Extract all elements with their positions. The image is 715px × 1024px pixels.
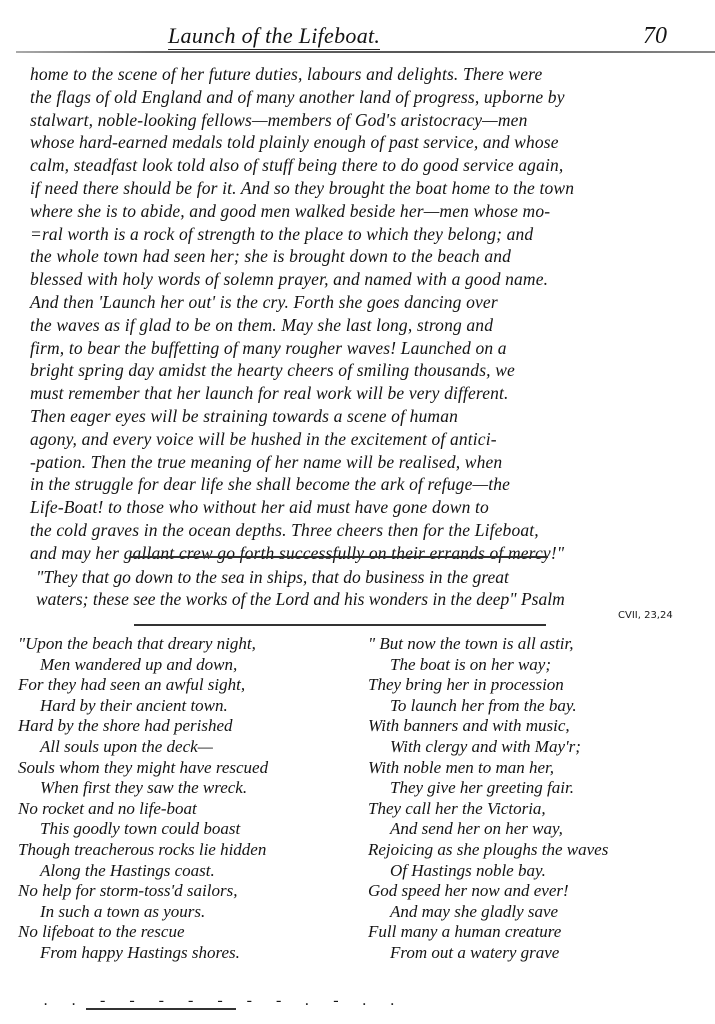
verse-line: With noble men to man her, <box>368 758 708 779</box>
verse-line: They bring her in procession <box>368 675 708 696</box>
prose-line: the whole town had seen her; she is brou… <box>30 245 710 268</box>
psalm-quote: "They that go down to the sea in ships, … <box>36 566 706 610</box>
prose-line: calm, steadfast look told also of stuff … <box>30 154 710 177</box>
prose-line: the cold graves in the ocean depths. Thr… <box>30 519 710 542</box>
prose-line: blessed with holy words of solemn prayer… <box>30 268 710 291</box>
page-header: Launch of the Lifeboat. 70 <box>0 0 715 60</box>
verse-line: No lifeboat to the rescue <box>18 922 358 943</box>
verse-line: When first they saw the wreck. <box>18 778 358 799</box>
verse-line: This goodly town could boast <box>18 819 358 840</box>
verse-line: With clergy and with May'r; <box>368 737 708 758</box>
verse-line: God speed her now and ever! <box>368 881 708 902</box>
verse-line: And send her on her way, <box>368 819 708 840</box>
verse-line: From happy Hastings shores. <box>18 943 358 964</box>
prose-line: where she is to abide, and good men walk… <box>30 200 710 223</box>
page-number: 70 <box>643 24 667 48</box>
verse-line: " But now the town is all astir, <box>368 634 708 655</box>
quote-line: waters; these see the works of the Lord … <box>36 588 706 610</box>
poem-right-column: " But now the town is all astir,The boat… <box>368 634 708 964</box>
verse-line: The boat is on her way; <box>368 655 708 676</box>
prose-line: -pation. Then the true meaning of her na… <box>30 451 710 474</box>
prose-line: the waves as if glad to be on them. May … <box>30 314 710 337</box>
verse-line: Hard by their ancient town. <box>18 696 358 717</box>
verse-line: Souls whom they might have rescued <box>18 758 358 779</box>
prose-line: Life-Boat! to those who without her aid … <box>30 496 710 519</box>
quote-line: "They that go down to the sea in ships, … <box>36 566 706 588</box>
verse-line: For they had seen an awful sight, <box>18 675 358 696</box>
prose-line: the flags of old England and of many ano… <box>30 86 710 109</box>
prose-line: =ral worth is a rock of strength to the … <box>30 223 710 246</box>
verse-line: They call her the Victoria, <box>368 799 708 820</box>
verse-line: Full many a human creature <box>368 922 708 943</box>
closing-rule <box>86 1008 236 1010</box>
divider-bottom <box>134 624 546 626</box>
prose-line: and may her gallant crew go forth succes… <box>30 542 710 565</box>
verse-line: Along the Hastings coast. <box>18 861 358 882</box>
verse-line: To launch her from the bay. <box>368 696 708 717</box>
verse-line: They give her greeting fair. <box>368 778 708 799</box>
verse-line: All souls upon the deck— <box>18 737 358 758</box>
verse-line: With banners and with music, <box>368 716 708 737</box>
verse-line: From out a watery grave <box>368 943 708 964</box>
prose-line: firm, to bear the buffetting of many rou… <box>30 337 710 360</box>
verse-line: Of Hastings noble bay. <box>368 861 708 882</box>
verse-line: And may she gladly save <box>368 902 708 923</box>
prose-line: agony, and every voice will be hushed in… <box>30 428 710 451</box>
prose-line: if need there should be for it. And so t… <box>30 177 710 200</box>
divider-top <box>130 556 548 558</box>
header-rule <box>16 51 715 53</box>
verse-line: Hard by the shore had perished <box>18 716 358 737</box>
prose-line: home to the scene of her future duties, … <box>30 63 710 86</box>
prose-line: must remember that her launch for real w… <box>30 382 710 405</box>
poem-left-column: "Upon the beach that dreary night,Men wa… <box>18 634 358 964</box>
psalm-citation: CVII, 23,24 <box>618 610 673 621</box>
prose-line: stalwart, noble-looking fellows—members … <box>30 109 710 132</box>
verse-line: In such a town as yours. <box>18 902 358 923</box>
prose-line: And then 'Launch her out' is the cry. Fo… <box>30 291 710 314</box>
prose-line: bright spring day amidst the hearty chee… <box>30 359 710 382</box>
verse-line: No help for storm-toss'd sailors, <box>18 881 358 902</box>
verse-line: Rejoicing as she ploughs the waves <box>368 840 708 861</box>
prose-line: whose hard-earned medals told plainly en… <box>30 131 710 154</box>
prose-body: home to the scene of her future duties, … <box>30 63 710 565</box>
prose-line: Then eager eyes will be straining toward… <box>30 405 710 428</box>
verse-line: No rocket and no life-boat <box>18 799 358 820</box>
verse-line: Men wandered up and down, <box>18 655 358 676</box>
verse-line: Though treacherous rocks lie hidden <box>18 840 358 861</box>
prose-line: in the struggle for dear life she shall … <box>30 473 710 496</box>
verse-line: "Upon the beach that dreary night, <box>18 634 358 655</box>
page-title: Launch of the Lifeboat. <box>168 24 380 50</box>
